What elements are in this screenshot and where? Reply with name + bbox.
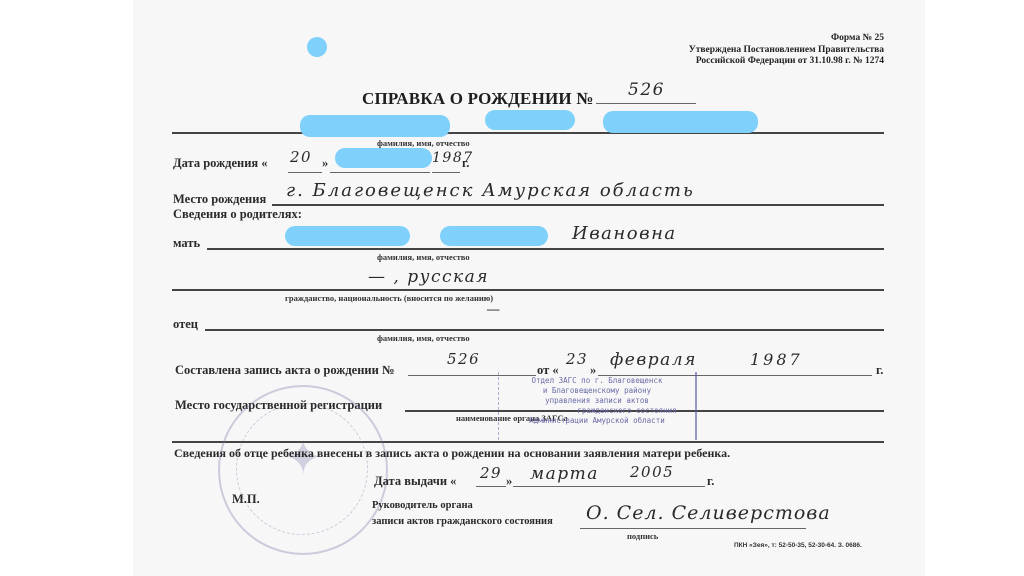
issue-date-line <box>513 486 705 487</box>
marker-dot <box>307 37 327 57</box>
birth-place-label: Место рождения <box>173 192 266 207</box>
certificate-number: 526 <box>628 80 665 100</box>
mother-patronymic: Ивановна <box>572 223 677 244</box>
parents-section-label: Сведения о родителях: <box>173 207 302 222</box>
issue-day-close: » <box>506 474 512 489</box>
redacted-birth-month <box>335 148 432 168</box>
stamp-line-2: и Благовещенскому району <box>499 386 695 396</box>
document-title: СПРАВКА О РОЖДЕНИИ № <box>362 89 594 109</box>
act-record-day: 23 <box>566 350 588 368</box>
child-name-line <box>172 132 884 134</box>
issue-year-suffix: г. <box>707 474 714 489</box>
birth-date-label-text: Дата рождения « <box>173 156 268 170</box>
head-title-line-2: записи актов гражданского состояния <box>372 516 553 527</box>
birth-year-line <box>432 172 460 173</box>
issue-day-line <box>476 486 506 487</box>
birth-year-suffix: г. <box>462 156 469 171</box>
head-signature: О. Сел. Селиверстова <box>586 502 831 524</box>
mother-name-line <box>207 248 884 250</box>
birth-place-line <box>272 204 884 206</box>
redacted-mother-surname <box>285 226 410 246</box>
issue-month: марта <box>530 464 599 484</box>
redacted-child-surname <box>300 115 450 137</box>
father-name-caption: фамилия, имя, отчество <box>377 333 470 343</box>
seal-place-label: М.П. <box>232 492 260 507</box>
act-record-label: Составлена запись акта о рождении № <box>175 363 395 378</box>
father-dash: — <box>487 302 500 317</box>
birth-month-line <box>330 172 430 173</box>
redacted-mother-name <box>440 226 548 246</box>
stamp-line-3: управления записи актов <box>499 396 695 406</box>
redacted-child-patronymic <box>603 111 758 133</box>
father-label: отец <box>173 317 198 332</box>
stamp-line-4: гражданского состояния <box>499 406 695 416</box>
mother-citizenship-line <box>172 289 884 291</box>
issue-date-label: Дата выдачи « <box>374 474 456 489</box>
birth-place-value: г. Благовещенск Амурская область <box>286 180 695 201</box>
title-number-line <box>596 103 696 104</box>
issue-day: 29 <box>480 464 502 482</box>
redacted-child-name <box>485 110 575 130</box>
mother-citizenship-value: — , русская <box>368 267 489 287</box>
signature-caption: подпись <box>627 531 658 541</box>
signature-line <box>580 528 806 529</box>
stamp-line-1: Отдел ЗАГС по г. Благовещенск <box>499 376 695 386</box>
mother-label: мать <box>173 236 200 251</box>
act-record-year: 1987 <box>750 350 803 369</box>
mother-name-caption: фамилия, имя, отчество <box>377 252 470 262</box>
birth-day-line <box>288 172 322 173</box>
father-info-note: Сведения об отце ребенка внесены в запис… <box>174 446 730 461</box>
form-number: Форма № 25 <box>831 33 884 43</box>
act-record-month: февраля <box>610 350 697 370</box>
birth-date-quote: » <box>322 156 328 171</box>
stamp-line-5: Администрации Амурской области <box>499 416 695 426</box>
approval-line-2: Российской Федерации от 31.10.98 г. № 12… <box>696 56 884 66</box>
approval-line-1: Утверждена Постановлением Правительства <box>689 45 884 55</box>
birth-date-label: Дата рождения « <box>173 156 268 171</box>
citizenship-caption: гражданство, национальность (вносится по… <box>285 293 493 303</box>
printer-code: ПКН «Зея», т: 52-50-35, 52-30-64. З. 068… <box>734 542 862 549</box>
issue-year: 2005 <box>630 463 674 481</box>
act-record-number: 526 <box>447 350 480 368</box>
birth-day: 20 <box>290 148 312 166</box>
head-title-line-1: Руководитель органа <box>372 500 473 511</box>
zags-office-stamp: Отдел ЗАГС по г. Благовещенск и Благовещ… <box>498 372 697 440</box>
act-record-year-suffix: г. <box>876 363 883 378</box>
child-name-caption: фамилия, имя, отчество <box>377 138 470 148</box>
father-name-line <box>205 329 884 331</box>
